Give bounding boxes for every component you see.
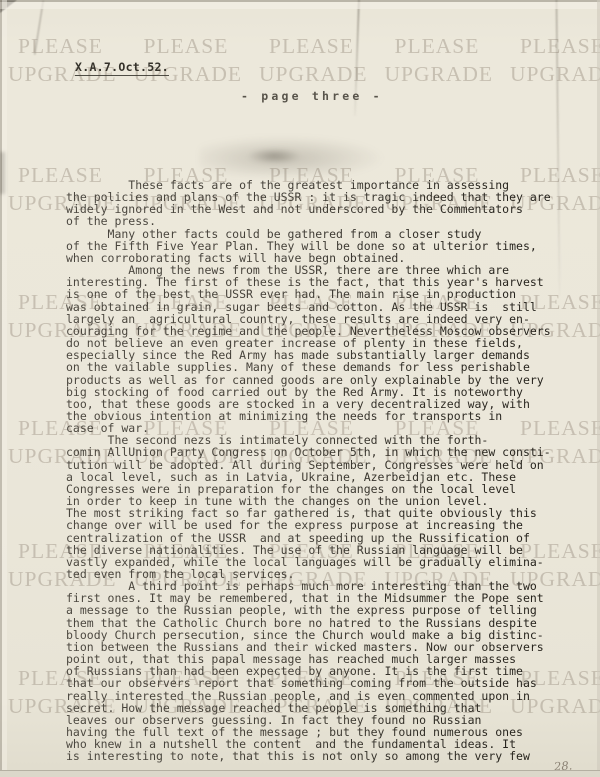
- body-line: comin AllUnion Party Congress on October…: [66, 446, 551, 458]
- watermark-word: PLEASE: [395, 33, 521, 59]
- watermark-word: PLEASE: [144, 33, 270, 59]
- body-line: change over will be used for the express…: [66, 519, 551, 531]
- paper-top-highlight: [0, 2, 600, 9]
- paper-crease: [555, 0, 560, 296]
- body-line: a message to the Russian people, with th…: [66, 604, 551, 616]
- body-line: was obtained in grain, sugar beets and c…: [66, 301, 551, 313]
- watermark-row: PLEASEPLEASEPLEASEPLEASEPLEASE: [18, 33, 600, 59]
- page-heading: - page three -: [241, 89, 383, 103]
- body-line: is one of the best the USSR ever had. Th…: [66, 288, 551, 300]
- document-reference: X.A.7.Oct.52.: [75, 60, 169, 76]
- watermark-word: UPGRADE: [259, 61, 385, 87]
- paper-bottom-edge: [0, 770, 600, 777]
- body-line: is interesting to note, that this is not…: [66, 750, 551, 762]
- body-line: really interested the Russian people, an…: [66, 690, 551, 702]
- scanned-document-page: PLEASEPLEASEPLEASEPLEASEPLEASEUPGRADEUPG…: [0, 0, 600, 777]
- body-line: big stocking of food carried out by the …: [66, 386, 551, 398]
- smudge-stain-core: [248, 148, 300, 164]
- body-line: of the press.: [66, 215, 551, 227]
- watermark-word: UPGRADE: [510, 61, 600, 87]
- paper-left-highlight: [2, 0, 7, 777]
- watermark-word: PLEASE: [520, 33, 600, 59]
- typewritten-body: These facts are of the greatest importan…: [66, 179, 551, 763]
- body-line: them that the Catholic Church bore no ha…: [66, 617, 551, 629]
- body-line: centralization of the USSR and at speedi…: [66, 532, 551, 544]
- body-line: products as well as for canned goods are…: [66, 374, 551, 386]
- watermark-word: UPGRADE: [385, 61, 511, 87]
- body-line: on the vailable supplies. Many of these …: [66, 361, 551, 373]
- body-line: that our observers report that something…: [66, 677, 551, 689]
- body-line: Many other facts could be gathered from …: [66, 228, 551, 240]
- watermark-word: PLEASE: [269, 33, 395, 59]
- body-line: tution will be adopted. All during Septe…: [66, 459, 551, 471]
